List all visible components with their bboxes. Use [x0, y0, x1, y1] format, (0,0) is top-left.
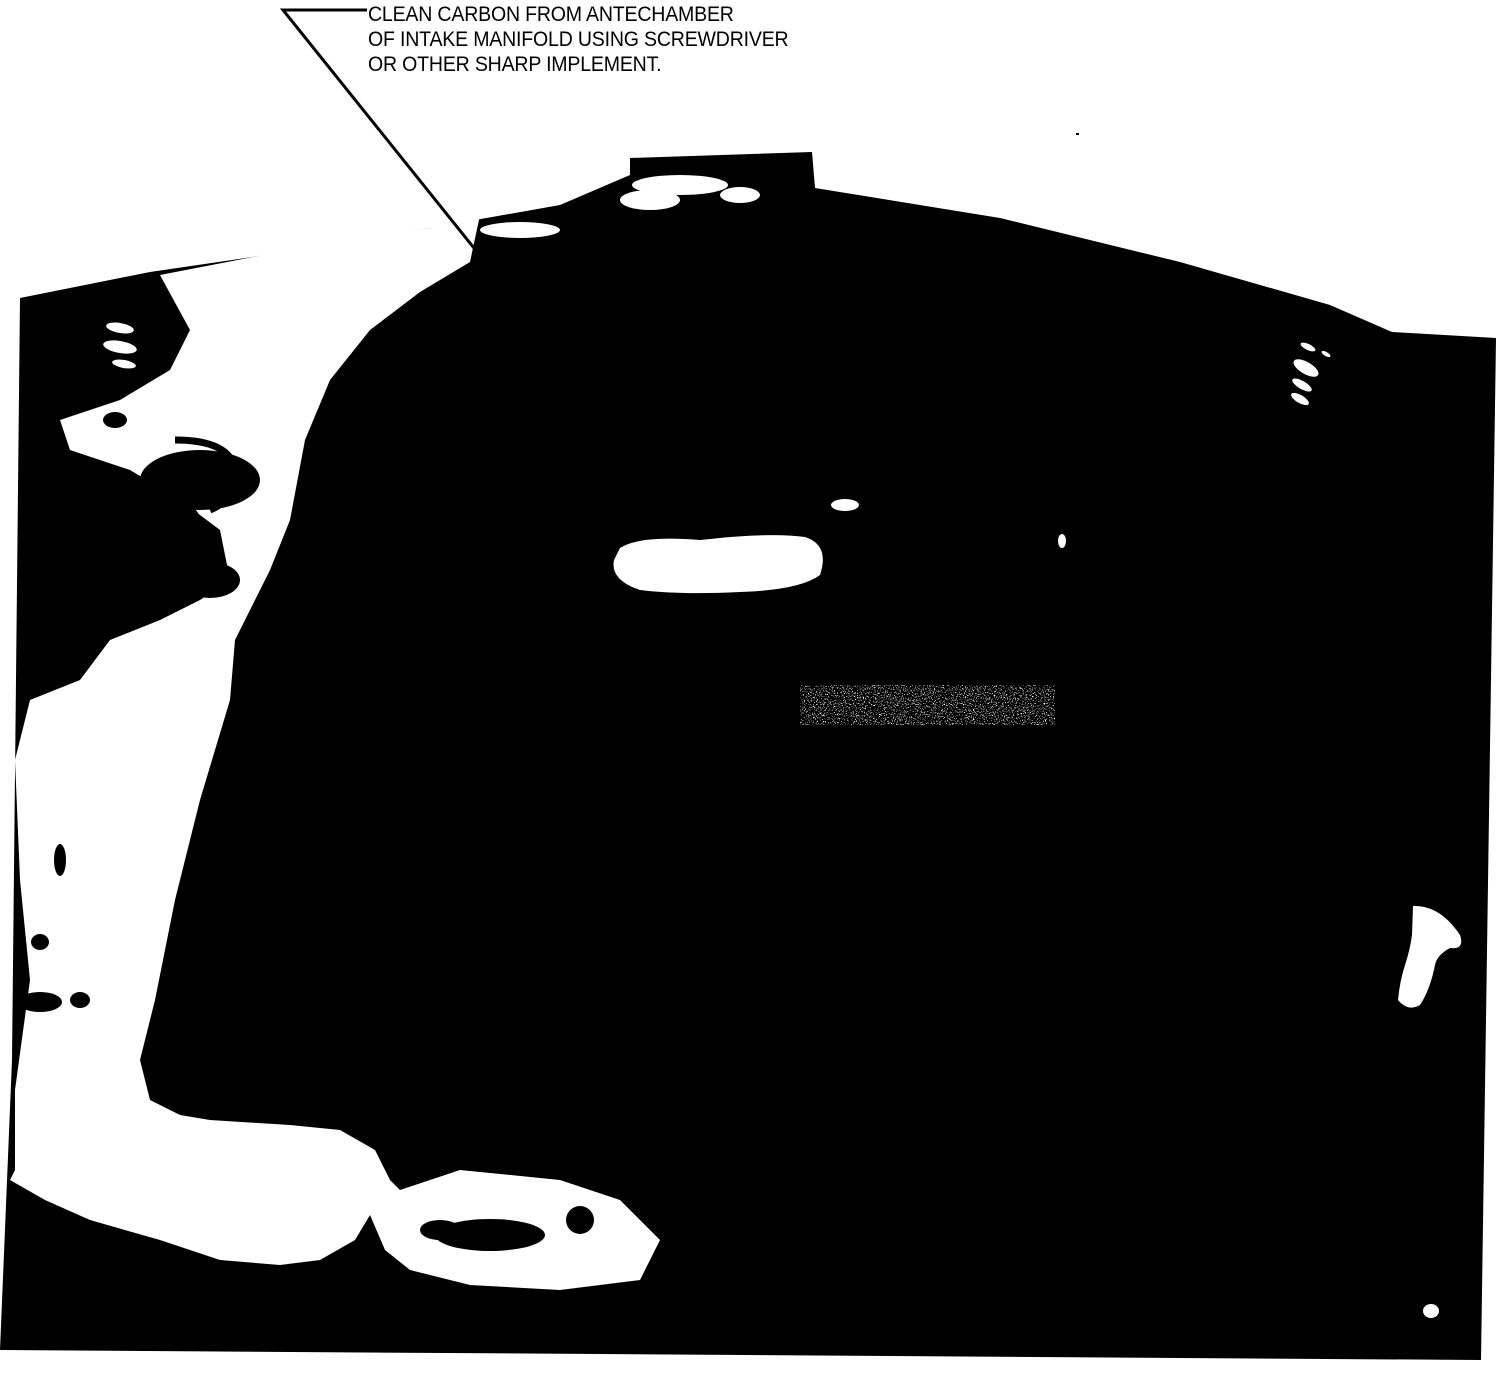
- tiny-highlight: [1058, 534, 1066, 548]
- caption-line-1: CLEAN CARBON FROM ANTECHAMBER: [368, 2, 788, 27]
- callout-caption: CLEAN CARBON FROM ANTECHAMBER OF INTAKE …: [368, 2, 788, 77]
- antechamber-port-highlight: [614, 535, 823, 593]
- caption-line-3: OR OTHER SHARP IMPLEMENT.: [368, 52, 788, 77]
- manifold-photo-figure: CLEAN CARBON FROM ANTECHAMBER OF INTAKE …: [0, 0, 1496, 1376]
- stray-dot: [1076, 133, 1079, 135]
- manifold-photo: [0, 0, 1496, 1376]
- bottom-right-speck: [1423, 1304, 1439, 1318]
- caption-line-2: OF INTAKE MANIFOLD USING SCREWDRIVER: [368, 27, 788, 52]
- small-highlight: [831, 499, 859, 511]
- carbon-streak: [800, 685, 1055, 725]
